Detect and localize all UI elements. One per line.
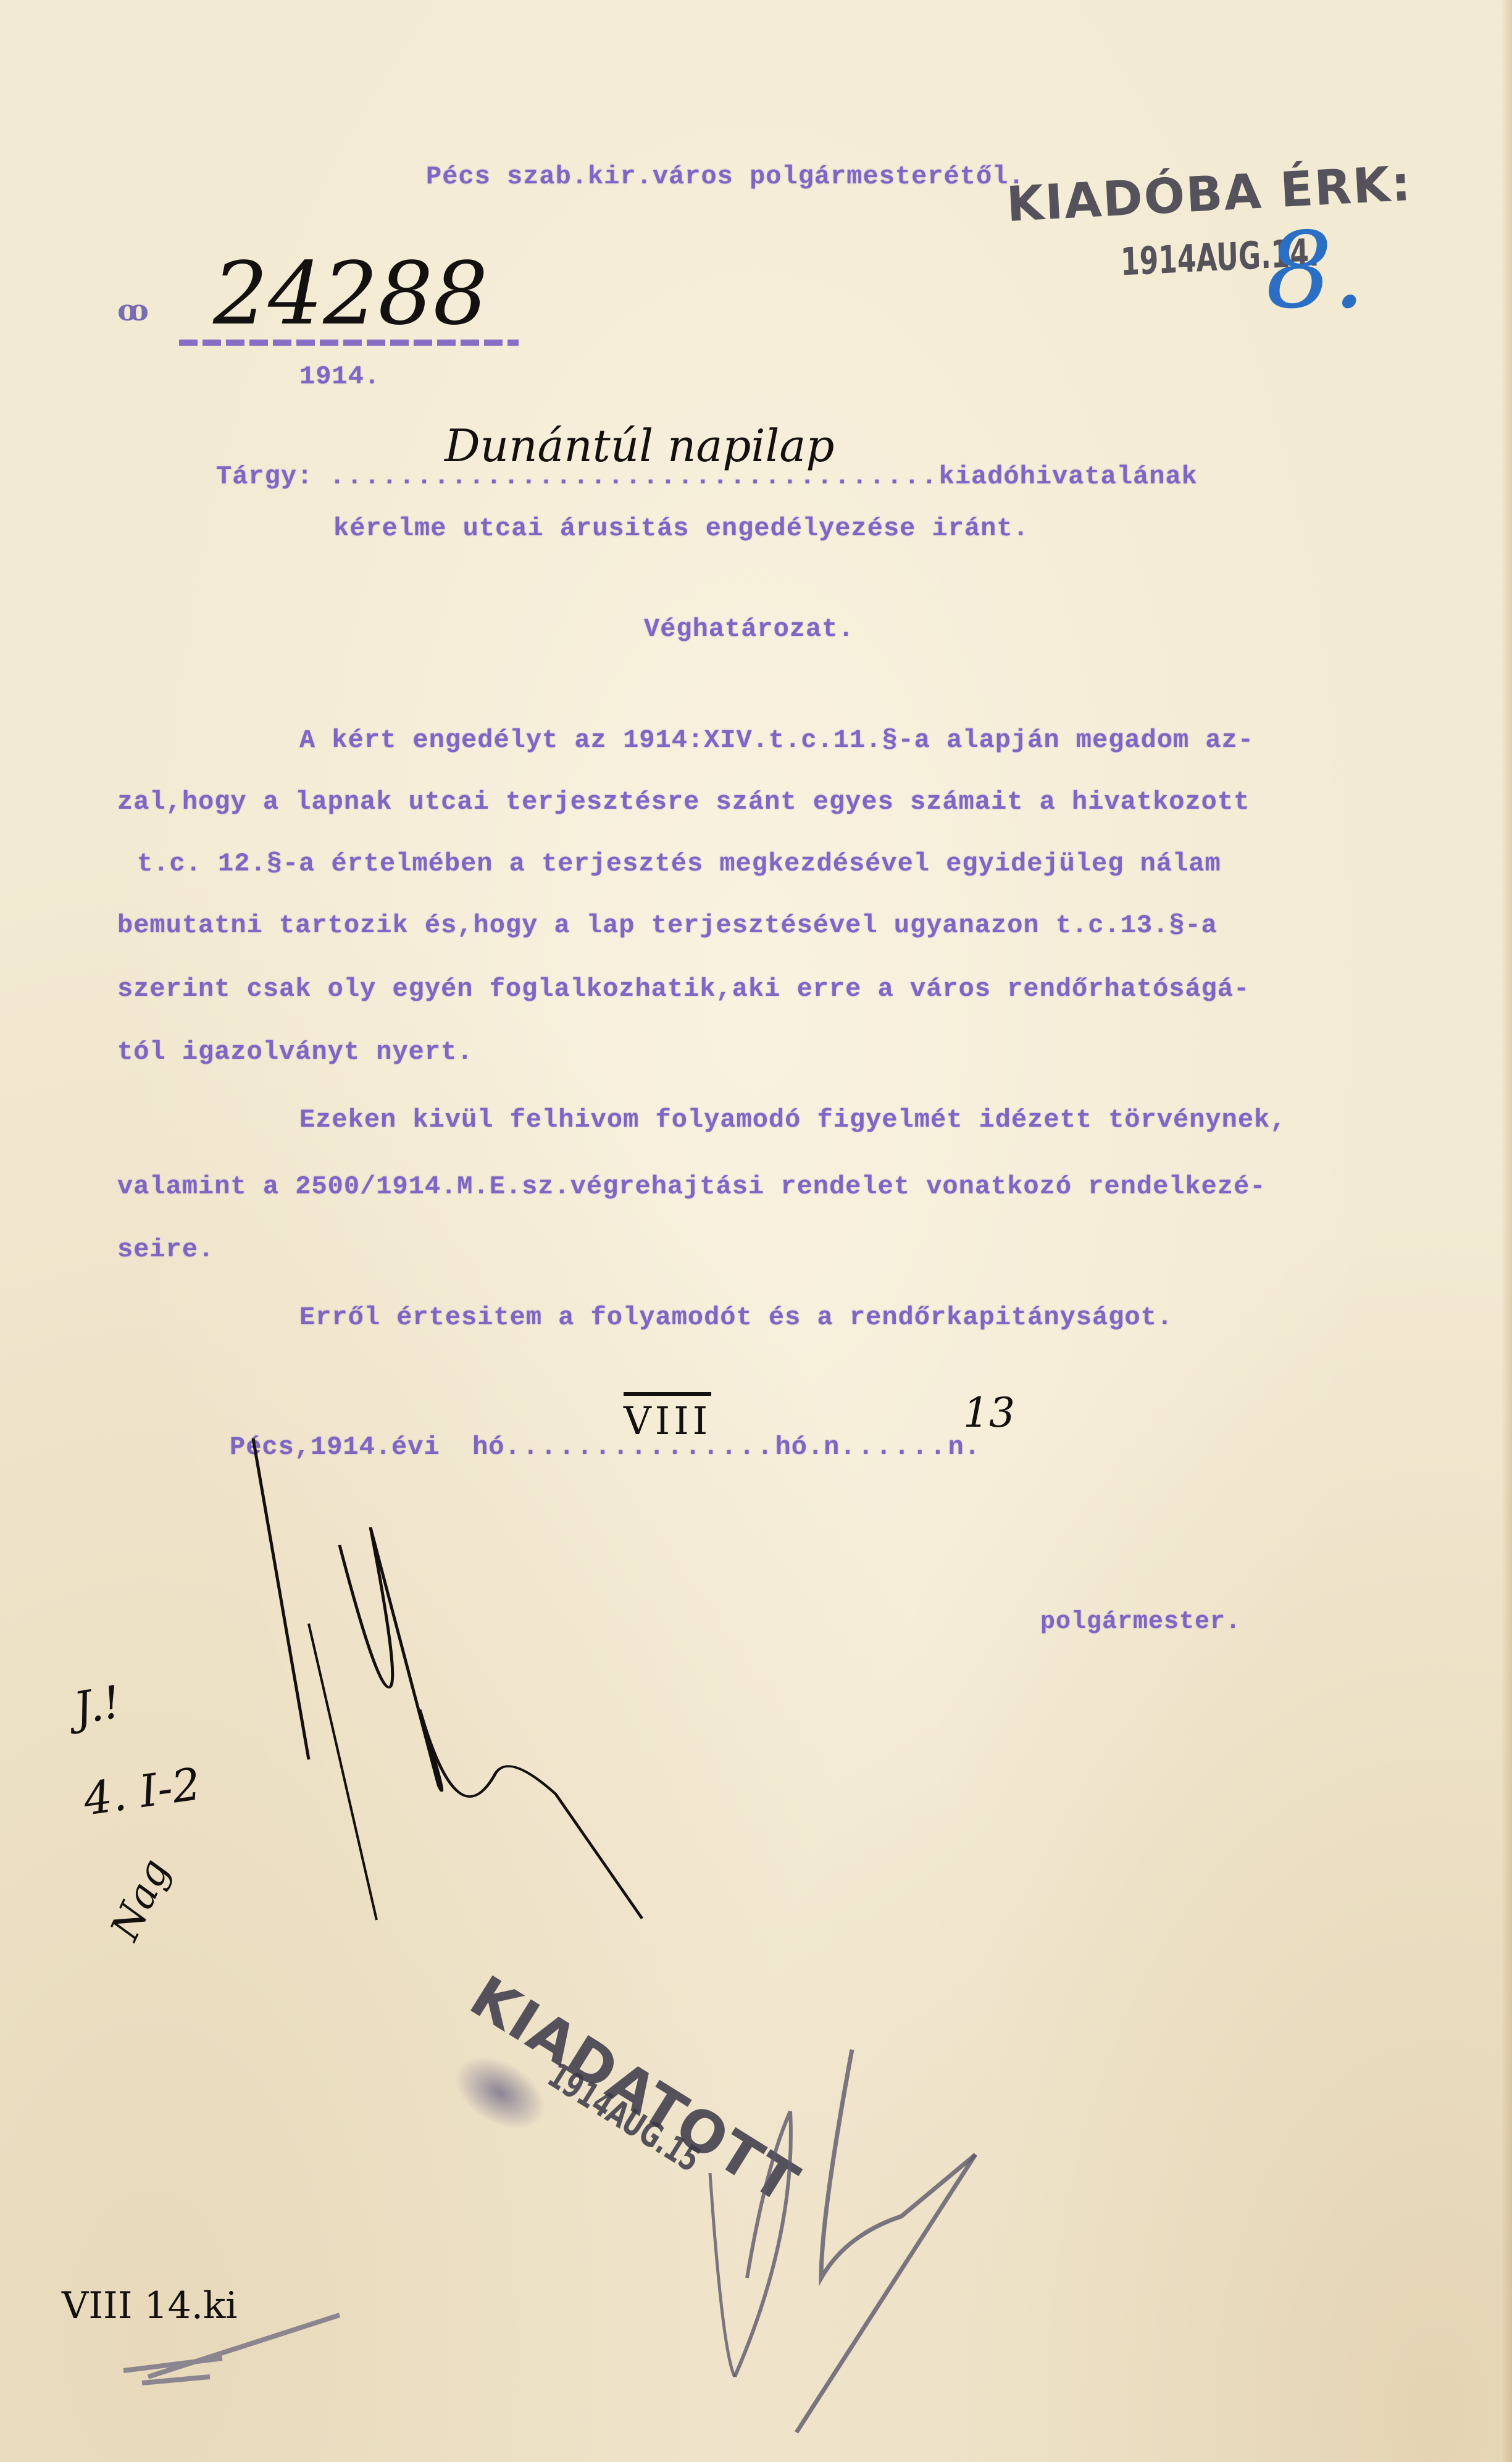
signature-title: polgármester. xyxy=(1040,1608,1241,1636)
document-title: Véghatározat. xyxy=(644,614,854,644)
issuer-line: Pécs szab.kir.város polgármesterétől. xyxy=(426,162,1025,191)
margin-note-2: 4. I-2 xyxy=(80,1758,204,1826)
subject-label-text: Tárgy: xyxy=(216,462,313,491)
body-p2-line2: valamint a 2500/1914.M.E.sz.végrehajtási… xyxy=(117,1172,1266,1201)
body-p3: Erről értesitem a folyamodót és a rendőr… xyxy=(299,1303,1173,1332)
footer-pencil-stroke xyxy=(123,2309,340,2383)
body-p1-line2: zal,hogy a lapnak utcai terjesztésre szá… xyxy=(117,787,1250,817)
body-p1-line1: A kért engedélyt az 1914:XIV.t.c.11.§-a … xyxy=(299,725,1254,755)
subject-line-2: kérelme utcai árusitás engedélyezése irá… xyxy=(333,514,1029,543)
mayor-signature xyxy=(235,1438,667,1932)
body-p1-line6: tól igazolványt nyert. xyxy=(117,1037,474,1067)
body-p1-line5: szerint csak oly egyén foglalkozhatik,ak… xyxy=(117,974,1250,1004)
office-monogram-icon: ꝏ xyxy=(117,293,144,336)
date-dots-2: ...... xyxy=(840,1432,948,1462)
registry-number: 24288 xyxy=(213,244,488,344)
date-day-label: hó.n xyxy=(775,1432,840,1462)
subject-suffix: kiadóhivatalának xyxy=(939,462,1198,491)
subject-dots: ................................... xyxy=(329,462,938,491)
registry-underline xyxy=(179,340,519,346)
registry-year: 1914. xyxy=(299,362,380,391)
margin-note-3: Nag xyxy=(102,1852,178,1947)
body-p2-line3: seire. xyxy=(117,1235,214,1264)
date-suffix: n. xyxy=(948,1432,980,1462)
paper-edge xyxy=(1501,0,1512,2462)
body-p2-line1: Ezeken kivül felhivom folyamodó figyelmé… xyxy=(299,1105,1286,1135)
margin-note-1: J.! xyxy=(70,1675,125,1735)
subject-label: Tárgy: .................................… xyxy=(216,462,1198,491)
pencil-signature xyxy=(698,2031,1006,2462)
body-p1-line3: t.c. 12.§-a értelmében a terjesztés megk… xyxy=(137,849,1221,878)
body-p1-line4: bemutatni tartozik és,hogy a lap terjesz… xyxy=(117,911,1218,940)
date-day-handwritten: 13 xyxy=(963,1389,1015,1437)
received-mark: 8. xyxy=(1266,210,1366,332)
